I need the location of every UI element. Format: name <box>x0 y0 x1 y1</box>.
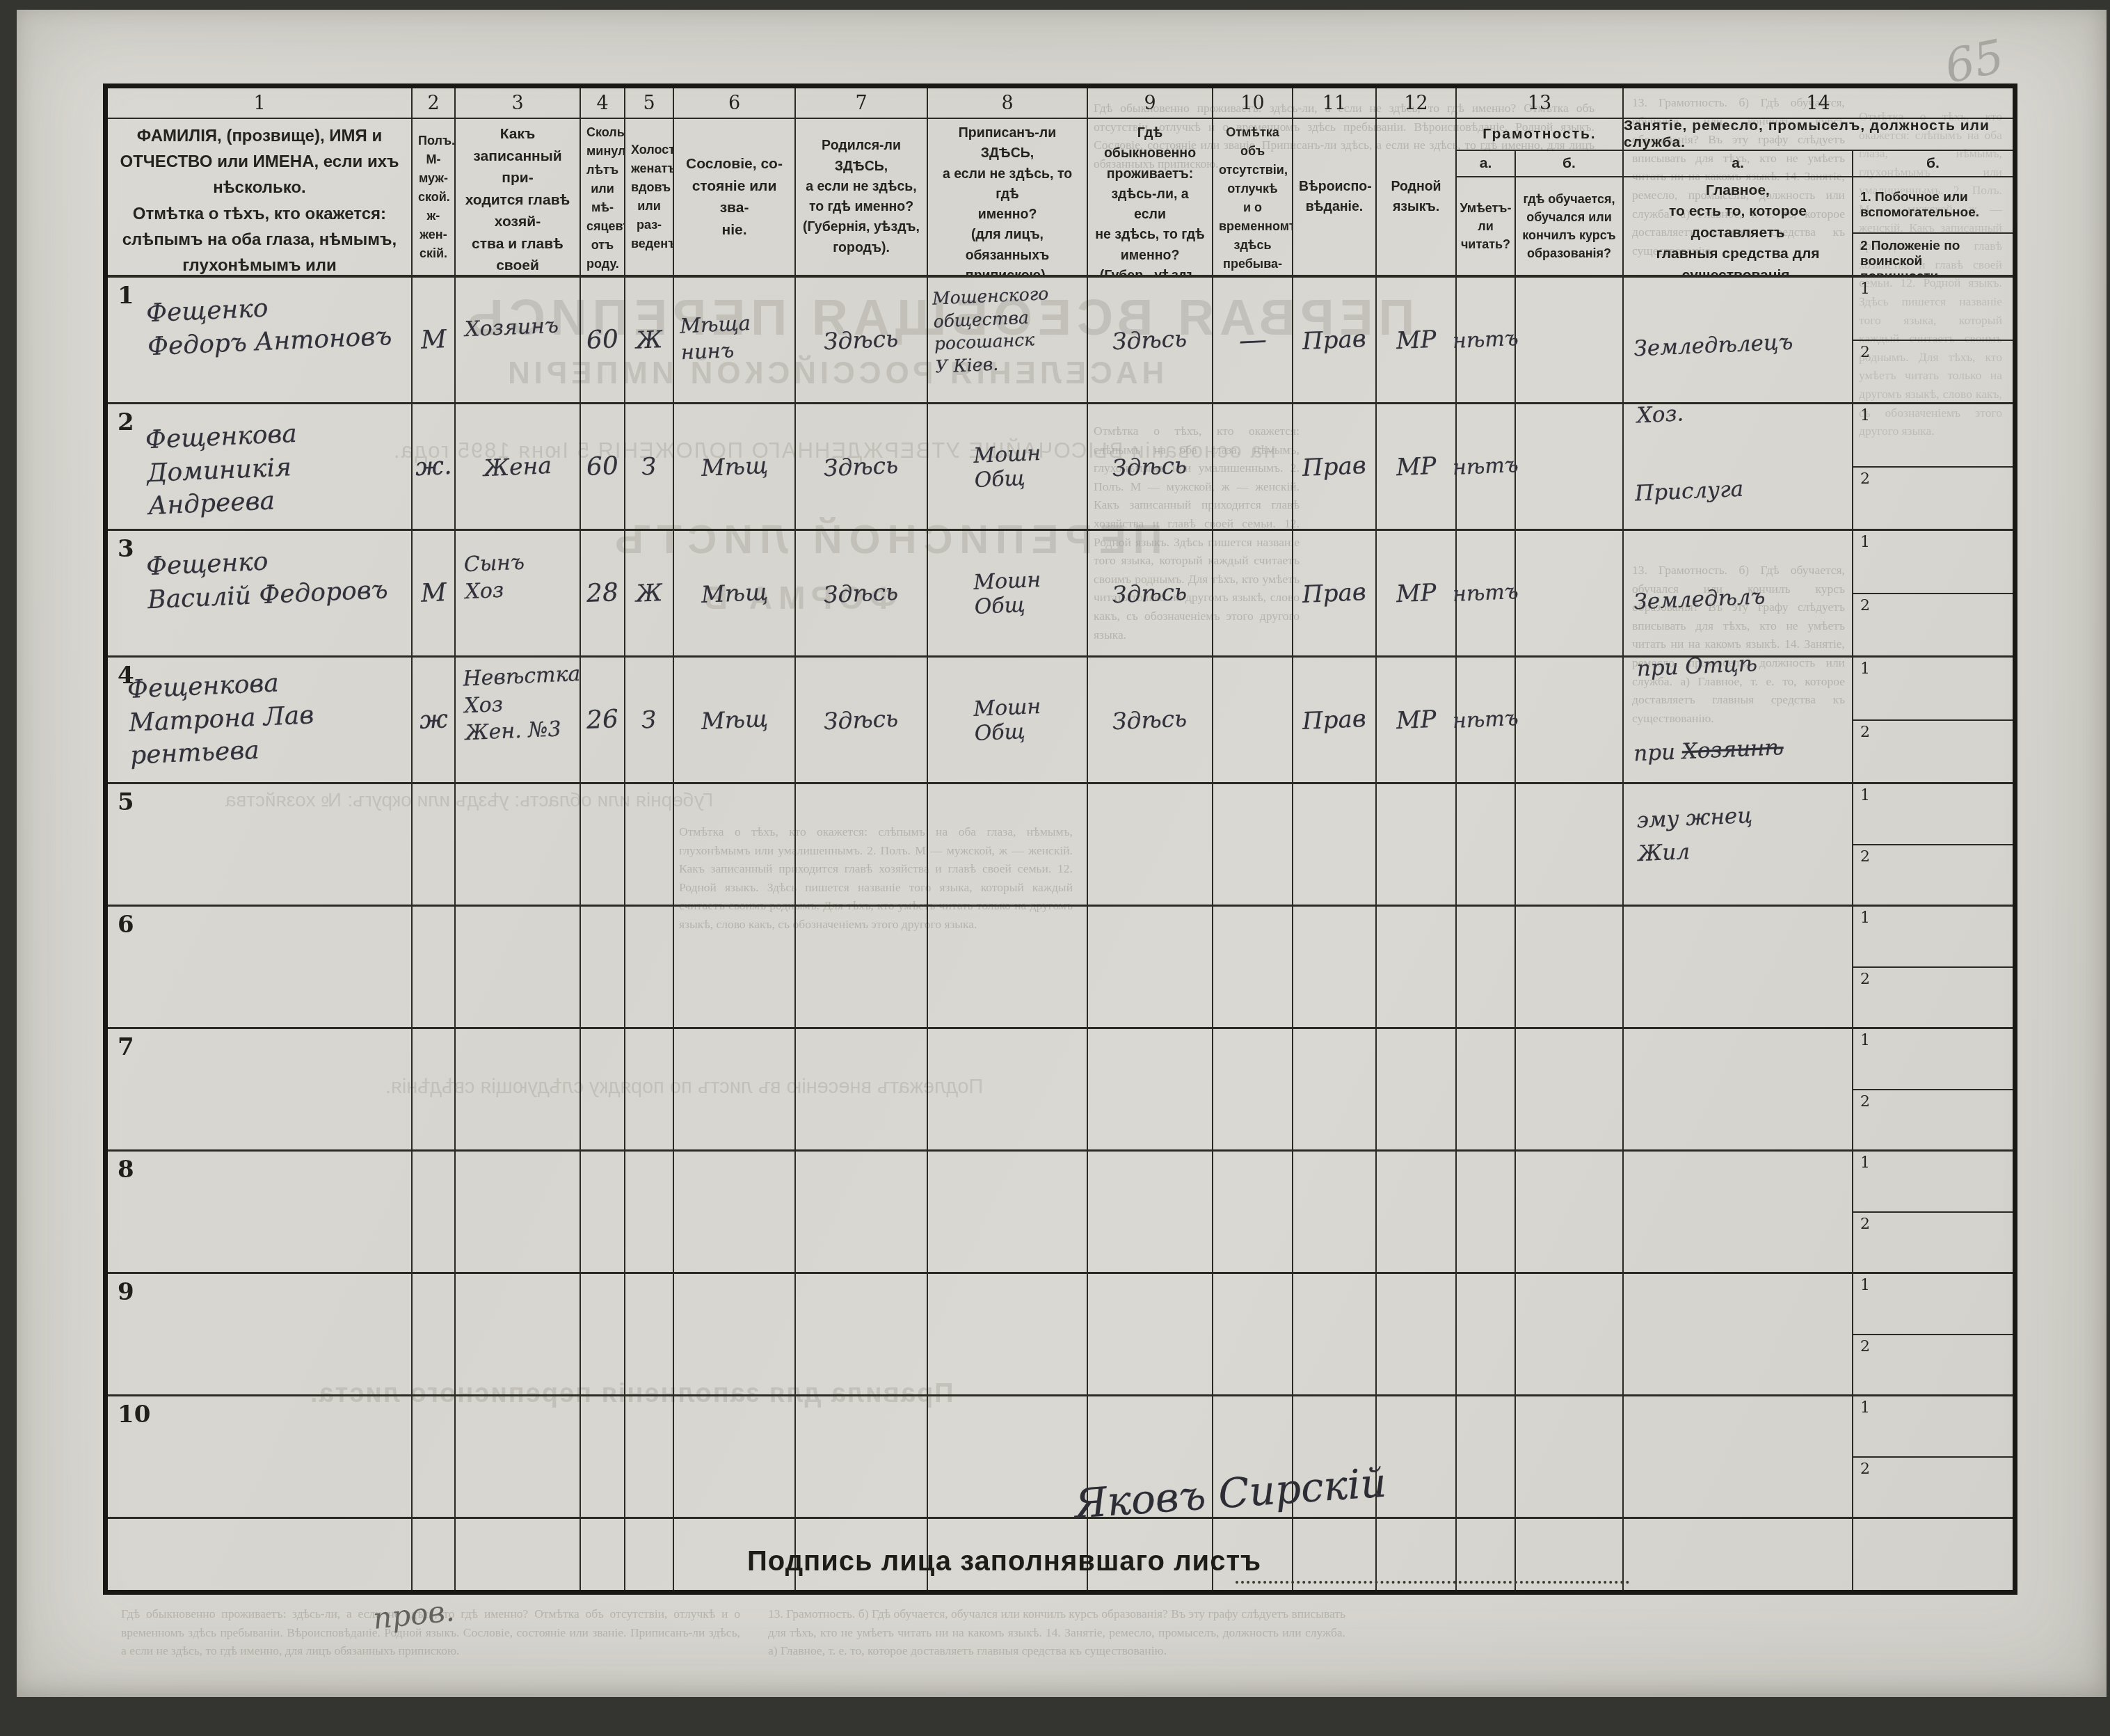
row-number: 10 <box>118 1401 150 1428</box>
r4-age: 26 <box>586 705 619 735</box>
sub-number-2: 2 <box>1860 470 1870 488</box>
r2-born-cell: Здѣсь <box>796 404 928 531</box>
r6-cell <box>1516 907 1624 1029</box>
col-number: 10 <box>1213 88 1292 119</box>
r5-cell <box>1516 784 1624 907</box>
r3-resides-cell: Здѣсь <box>1088 531 1213 658</box>
r3-side-cell: 1 2 <box>1853 531 2013 658</box>
r9-cell <box>1213 1274 1293 1396</box>
r5-cell <box>1624 784 1853 907</box>
r2-ascribed: Мошн Общ <box>973 440 1042 492</box>
r2-resides-cell: Здѣсь <box>1088 404 1213 531</box>
label-a: а. <box>1624 151 1852 177</box>
sub-number-1: 1 <box>1860 909 1870 927</box>
r4-religion-cell: Прав <box>1293 658 1377 784</box>
header-col-relation: 3 Какъ записанный при- ходится главѣ хоз… <box>456 88 581 278</box>
r4-religion: Прав <box>1302 705 1366 735</box>
r1-language-cell: МР <box>1377 278 1457 404</box>
header-col-birthplace: 7 Родился-ли ЗДѢСЬ, а если не здѣсь, то … <box>796 88 928 278</box>
r1-education-cell <box>1516 278 1624 404</box>
r9-cell <box>1624 1274 1853 1396</box>
footer-cell <box>456 1519 581 1590</box>
header-col-residence: 9 Гдѣ обыкновенно проживаетъ: здѣсь-ли, … <box>1088 88 1213 278</box>
r4-ascribed: Мошн Общ <box>973 694 1042 745</box>
col-number: 12 <box>1377 88 1455 119</box>
col-caption: Гдѣ обыкновенно проживаетъ: здѣсь-ли, а … <box>1088 119 1212 278</box>
r8-cell <box>674 1152 796 1274</box>
col-number: 9 <box>1088 88 1212 119</box>
footer-cell <box>108 1519 413 1590</box>
r7-cell <box>1088 1029 1213 1152</box>
r2-language: МР <box>1396 452 1437 481</box>
r9-cell <box>456 1274 581 1396</box>
header-col-name: 1 ФАМИЛІЯ, (прозвище), ИМЯ и ОТЧЕСТВО ил… <box>108 88 413 278</box>
r4-absence-cell <box>1213 658 1293 784</box>
sub-number-2: 2 <box>1860 344 1870 361</box>
r2-absence-cell <box>1213 404 1293 531</box>
r2-marital: З <box>641 452 657 481</box>
r3-estate-cell: Мѣщ <box>674 531 796 658</box>
r2-language-cell: МР <box>1377 404 1457 531</box>
r2-age-cell: 60 <box>581 404 625 531</box>
r9-cell <box>1377 1274 1457 1396</box>
r4-language-cell: МР <box>1377 658 1457 784</box>
r2-literacy: нѣтъ <box>1452 453 1519 480</box>
r10-name-cell: 10 <box>108 1396 413 1519</box>
col-caption: Отмѣтка объ отсутствіи, отлучкѣ и о врем… <box>1213 119 1292 278</box>
r3-marital: Ж <box>635 579 663 608</box>
r2-age: 60 <box>586 452 619 481</box>
sub-number-2: 2 <box>1860 971 1870 988</box>
row-number: 8 <box>118 1156 134 1184</box>
r2-religion: Прав <box>1302 452 1366 482</box>
r3-born: Здѣсь <box>824 578 900 609</box>
r1-marital-cell: Ж <box>625 278 674 404</box>
census-table: 1 ФАМИЛІЯ, (прозвище), ИМЯ и ОТЧЕСТВО ил… <box>103 83 2017 1595</box>
footer-cell <box>1853 1519 2013 1590</box>
r10-cell <box>625 1396 674 1519</box>
occupation-b-item2: 2 Положеніе по воинской повинности. <box>1853 234 2013 278</box>
r4-education-cell <box>1516 658 1624 784</box>
r4-born-cell: Здѣсь <box>796 658 928 784</box>
r6-cell <box>1457 907 1516 1029</box>
r4-born: Здѣсь <box>824 705 900 735</box>
header-col-occupation-group: 14 Занятіе, ремесло, промыселъ, должност… <box>1624 88 2013 278</box>
signature-dotted-line <box>1236 1547 1629 1584</box>
r5-cell <box>1293 784 1377 907</box>
r5-cell <box>674 784 796 907</box>
r4-occupation-struck: Хозяинѣ <box>1681 735 1784 764</box>
r4-literacy: нѣтъ <box>1452 706 1519 733</box>
footer-cell <box>1624 1519 1853 1590</box>
r6-name-cell: 6 <box>108 907 413 1029</box>
col-number: 11 <box>1293 88 1375 119</box>
r3-occupation-cell: Земледѣлъ при Отцѣ <box>1624 531 1853 658</box>
r4-occupation-cell: при Хозяинѣ эму жнец Жил <box>1624 658 1853 784</box>
sub-number-2: 2 <box>1860 1216 1870 1233</box>
col-caption: Сословіе, со- стояніе или зва- ніе. <box>674 119 794 275</box>
r5-cell <box>1213 784 1293 907</box>
sub-number-2: 2 <box>1860 848 1870 866</box>
col-number: 3 <box>456 88 580 119</box>
r5-cell <box>581 784 625 907</box>
r7-name-cell: 7 <box>108 1029 413 1152</box>
r8-cell <box>1516 1152 1624 1274</box>
r4-occupation-prefix: при <box>1633 740 1683 767</box>
r3-literacy: нѣтъ <box>1452 580 1519 607</box>
sub-number-2: 2 <box>1860 1338 1870 1355</box>
r4-sex-cell: ж <box>413 658 456 784</box>
r2-marital-cell: З <box>625 404 674 531</box>
r1-sex: М <box>420 325 447 355</box>
r4-name-cell: 4 Фещенкова Матрона Лав рентьева <box>108 658 413 784</box>
literacy-title: Грамотность. <box>1457 119 1622 151</box>
r6-cell <box>796 907 928 1029</box>
r5-cell <box>1088 784 1213 907</box>
r2-resides: Здѣсь <box>1112 452 1188 482</box>
r5-cell <box>796 784 928 907</box>
r1-resides-cell: Здѣсь <box>1088 278 1213 404</box>
r1-resides: Здѣсь <box>1112 325 1188 356</box>
r4-literacy-cell: нѣтъ <box>1457 658 1516 784</box>
r7-cell <box>456 1029 581 1152</box>
r9-cell <box>625 1274 674 1396</box>
r8-cell <box>1624 1152 1853 1274</box>
col-caption: ФАМИЛІЯ, (прозвище), ИМЯ и ОТЧЕСТВО или … <box>108 119 411 278</box>
r2-sex-cell: ж. <box>413 404 456 531</box>
r4-relation: Невѣстка Хоз Жен. №3 <box>454 655 581 747</box>
r3-sex-cell: М <box>413 531 456 658</box>
r6-cell <box>1293 907 1377 1029</box>
r8-cell <box>1377 1152 1457 1274</box>
r8-cell <box>456 1152 581 1274</box>
r1-literacy-cell: нѣтъ <box>1457 278 1516 404</box>
r3-resides: Здѣсь <box>1112 578 1188 609</box>
r1-relation-cell: Хозяинъ <box>456 278 581 404</box>
header-col-estate: 6 Сословіе, со- стояніе или зва- ніе. <box>674 88 796 278</box>
r1-side-cell: 1 2 <box>1853 278 2013 404</box>
header-col-religion: 11 Вѣроиспо- вѣданіе. <box>1293 88 1377 278</box>
r7-cell <box>1293 1029 1377 1152</box>
header-col-marital: 5 Холостъ, женатъ, вдовъ или раз- веденъ… <box>625 88 674 278</box>
literacy-b-caption: гдѣ обучается, обучался или кончилъ курс… <box>1516 177 1622 275</box>
occupation-b-item1: 1. Побочное или вспомогательное. <box>1853 177 2013 234</box>
col-number: 1 <box>108 88 411 119</box>
sub-number-2: 2 <box>1860 1093 1870 1110</box>
r10-cell <box>928 1396 1088 1519</box>
col-number: 13 <box>1457 88 1622 119</box>
col-number: 8 <box>928 88 1087 119</box>
r2-born: Здѣсь <box>824 452 900 482</box>
r3-literacy-cell: нѣтъ <box>1457 531 1516 658</box>
r2-estate-cell: Мѣщ <box>674 404 796 531</box>
label-b: б. <box>1853 151 2013 177</box>
r3-sex: М <box>420 578 447 608</box>
col-caption: Родился-ли ЗДѢСЬ, а если не здѣсь, то гд… <box>796 119 927 275</box>
col-caption: Какъ записанный при- ходится главѣ хозяй… <box>456 119 580 278</box>
r7-cell <box>413 1029 456 1152</box>
r3-ascribed: Мошн Общ <box>973 567 1042 619</box>
r5-cell <box>456 784 581 907</box>
sub-number-2: 2 <box>1860 724 1870 741</box>
sub-number-1: 1 <box>1860 660 1870 678</box>
r1-estate: Мѣща нинъ <box>672 275 796 366</box>
r4-resides-cell: Здѣсь <box>1088 658 1213 784</box>
r8-cell <box>581 1152 625 1274</box>
r3-name: Фещенко Василій Федоровъ <box>145 539 413 617</box>
r9-cell <box>1293 1274 1377 1396</box>
r1-sex-cell: М <box>413 278 456 404</box>
header-col-language: 12 Родной языкъ. <box>1377 88 1457 278</box>
occupation-a-caption: Главное, то есть то, которое доставляетъ… <box>1624 177 1852 278</box>
r9-cell <box>581 1274 625 1396</box>
r10-cell <box>1624 1396 1853 1519</box>
r3-absence-cell <box>1213 531 1293 658</box>
sub-number-1: 1 <box>1860 1277 1870 1294</box>
row-number: 5 <box>118 788 134 816</box>
pencil-check-note: пров. <box>371 1593 456 1636</box>
r4-age-cell: 26 <box>581 658 625 784</box>
occupation-title: Занятіе, ремесло, промыселъ, должность и… <box>1624 119 2013 151</box>
r3-relation: Сынъ Хоз <box>454 528 581 606</box>
r4-estate-cell: Мѣщ <box>674 658 796 784</box>
r2-occupation-line1: Прислуга <box>1634 468 1853 511</box>
r9-cell <box>928 1274 1088 1396</box>
r1-marital: Ж <box>635 326 663 355</box>
col-caption: Сколько минуло лѣтъ или мѣ- сяцевъ отъ р… <box>581 119 624 278</box>
r4-resides: Здѣсь <box>1112 705 1188 735</box>
r2-name: Фещенкова Доминикія Андреева <box>145 413 413 523</box>
r7-cell <box>928 1029 1088 1152</box>
r8-cell <box>1457 1152 1516 1274</box>
r3-estate: Мѣщ <box>701 578 769 608</box>
r10-cell <box>1516 1396 1624 1519</box>
col-caption: Полъ. М-муж- ской. ж-жен- скій. <box>413 119 454 275</box>
r8-side-cell: 12 <box>1853 1152 2013 1274</box>
r10-cell <box>1457 1396 1516 1519</box>
r3-education-cell <box>1516 531 1624 658</box>
r9-cell <box>1516 1274 1624 1396</box>
r8-cell <box>928 1152 1088 1274</box>
r6-cell <box>1624 907 1853 1029</box>
r1-name: Фещенко Федоръ Антоновъ <box>145 286 413 364</box>
r9-cell <box>674 1274 796 1396</box>
r2-name-cell: 2 Фещенкова Доминикія Андреева <box>108 404 413 531</box>
r2-religion-cell: Прав <box>1293 404 1377 531</box>
r4-marital: З <box>641 706 657 734</box>
r6-cell <box>413 907 456 1029</box>
footer-cell <box>581 1519 625 1590</box>
label-b: б. <box>1516 151 1622 177</box>
r2-side-cell: 1 2 <box>1853 404 2013 531</box>
r10-side-cell: 12 <box>1853 1396 2013 1519</box>
r4-estate: Мѣщ <box>701 705 769 735</box>
literacy-a: а. Умѣетъ- ли читать? <box>1457 151 1516 275</box>
paper-sheet: ПЕРВАЯ ВСЕОБЩАЯ ПЕРЕПИСЬ НАСЕЛЕНІЯ РОССІ… <box>17 10 2107 1697</box>
label-a: а. <box>1457 151 1514 177</box>
r6-cell <box>928 907 1088 1029</box>
r9-cell <box>1457 1274 1516 1396</box>
r3-name-cell: 3 Фещенко Василій Федоровъ <box>108 531 413 658</box>
r3-language: МР <box>1396 578 1437 607</box>
r5-name-cell: 5 <box>108 784 413 907</box>
r1-age-cell: 60 <box>581 278 625 404</box>
r1-age: 60 <box>586 325 619 355</box>
r3-born-cell: Здѣсь <box>796 531 928 658</box>
literacy-a-caption: Умѣетъ- ли читать? <box>1457 177 1514 275</box>
r4-marital-cell: З <box>625 658 674 784</box>
r5-cell <box>928 784 1088 907</box>
r3-language-cell: МР <box>1377 531 1457 658</box>
r9-cell <box>796 1274 928 1396</box>
r6-cell <box>1377 907 1457 1029</box>
col-number: 2 <box>413 88 454 119</box>
r5-cell <box>1377 784 1457 907</box>
row-number: 2 <box>118 408 134 436</box>
r1-religion: Прав <box>1302 325 1366 356</box>
row-number: 9 <box>118 1278 134 1306</box>
sub-number-2: 2 <box>1860 1460 1870 1478</box>
r3-age: 28 <box>586 578 619 608</box>
r4-ascribed-cell: Мошн Общ <box>928 658 1088 784</box>
col-number: 5 <box>625 88 673 119</box>
r6-cell <box>1088 907 1213 1029</box>
census-scan-page: ПЕРВАЯ ВСЕОБЩАЯ ПЕРЕПИСЬ НАСЕЛЕНІЯ РОССІ… <box>0 0 2110 1736</box>
r9-name-cell: 9 <box>108 1274 413 1396</box>
col-caption: Приписанъ-ли ЗДѢСЬ, а если не здѣсь, то … <box>928 119 1087 278</box>
header-col-literacy-group: 13 Грамотность. а. Умѣетъ- ли читать? б.… <box>1457 88 1624 278</box>
r4-side-cell: 1 2 <box>1853 658 2013 784</box>
r1-occupation-line1: Земледѣлецъ <box>1633 323 1852 366</box>
col-caption: Родной языкъ. <box>1377 119 1455 275</box>
r5-cell <box>625 784 674 907</box>
r4-language: МР <box>1396 705 1437 734</box>
r7-cell <box>796 1029 928 1152</box>
col-caption: Вѣроиспо- вѣданіе. <box>1293 119 1375 275</box>
r9-cell <box>1088 1274 1213 1396</box>
r1-occupation-cell: Земледѣлецъ Хоз. <box>1624 278 1853 404</box>
header-col-sex: 2 Полъ. М-муж- ской. ж-жен- скій. <box>413 88 456 278</box>
sub-number-1: 1 <box>1860 1154 1870 1172</box>
r1-literacy: нѣтъ <box>1452 326 1519 353</box>
r1-religion-cell: Прав <box>1293 278 1377 404</box>
r8-name-cell: 8 <box>108 1152 413 1274</box>
r8-cell <box>1088 1152 1213 1274</box>
r8-cell <box>1213 1152 1293 1274</box>
row-number: 4 <box>118 662 134 690</box>
r6-side-cell: 12 <box>1853 907 2013 1029</box>
r7-cell <box>1457 1029 1516 1152</box>
r3-ascribed-cell: Мошн Общ <box>928 531 1088 658</box>
col-number: 7 <box>796 88 927 119</box>
sub-number-1: 1 <box>1860 534 1870 551</box>
r5-side-cell: 12 <box>1853 784 2013 907</box>
bleed-paragraph: 13. Грамотность. б) Гдѣ обучается, обуча… <box>768 1604 1345 1688</box>
sub-number-1: 1 <box>1860 787 1870 804</box>
r10-cell <box>796 1396 928 1519</box>
r8-cell <box>1293 1152 1377 1274</box>
r6-cell <box>1213 907 1293 1029</box>
occupation-a: а. Главное, то есть то, которое доставля… <box>1624 151 1853 278</box>
header-col-ascription: 8 Приписанъ-ли ЗДѢСЬ, а если не здѣсь, т… <box>928 88 1088 278</box>
r1-estate-cell: Мѣща нинъ <box>674 278 796 404</box>
r2-estate: Мѣщ <box>701 452 769 481</box>
r1-born-cell: Здѣсь <box>796 278 928 404</box>
r2-occupation-cell: Прислуга <box>1624 404 1853 531</box>
r2-relation: Жена <box>483 452 552 481</box>
r7-cell <box>1624 1029 1853 1152</box>
r10-cell <box>456 1396 581 1519</box>
signature-label: Подпись лица заполнявшаго листъ <box>747 1546 1261 1577</box>
col-number: 6 <box>674 88 794 119</box>
r6-cell <box>674 907 796 1029</box>
r6-cell <box>581 907 625 1029</box>
r2-relation-cell: Жена <box>456 404 581 531</box>
r4-relation-cell: Невѣстка Хоз Жен. №3 <box>456 658 581 784</box>
r4-sex: ж <box>419 705 449 735</box>
r8-cell <box>796 1152 928 1274</box>
r1-absence: — <box>1238 324 1268 357</box>
r9-cell <box>413 1274 456 1396</box>
row-number: 3 <box>118 535 134 563</box>
r3-relation-cell: Сынъ Хоз <box>456 531 581 658</box>
r1-born: Здѣсь <box>824 325 900 356</box>
r1-ascribed: Мошенского общества росошанск У Кіев. <box>926 274 1089 379</box>
r10-cell <box>1377 1396 1457 1519</box>
footer-cell <box>625 1519 674 1590</box>
r3-age-cell: 28 <box>581 531 625 658</box>
r1-relation: Хозяинъ <box>454 275 581 344</box>
sub-number-2: 2 <box>1860 597 1870 614</box>
r1-name-cell: 1 Фещенко Федоръ Антоновъ <box>108 278 413 404</box>
r10-cell <box>413 1396 456 1519</box>
r7-cell <box>1516 1029 1624 1152</box>
literacy-b: б. гдѣ обучается, обучался или кончилъ к… <box>1516 151 1622 275</box>
r7-cell <box>674 1029 796 1152</box>
r6-cell <box>456 907 581 1029</box>
r9-side-cell: 12 <box>1853 1274 2013 1396</box>
r8-cell <box>413 1152 456 1274</box>
r7-cell <box>1213 1029 1293 1152</box>
sub-number-1: 1 <box>1860 280 1870 298</box>
r4-name: Фещенкова Матрона Лав рентьева <box>127 661 413 772</box>
r5-cell <box>1457 784 1516 907</box>
r7-cell <box>581 1029 625 1152</box>
r1-language: МР <box>1396 325 1437 354</box>
r6-cell <box>625 907 674 1029</box>
col-number: 4 <box>581 88 624 119</box>
r1-absence-cell: — <box>1213 278 1293 404</box>
header-col-age: 4 Сколько минуло лѣтъ или мѣ- сяцевъ отъ… <box>581 88 625 278</box>
footer-cell <box>413 1519 456 1590</box>
r2-sex: ж. <box>415 452 452 481</box>
r8-cell <box>625 1152 674 1274</box>
r7-cell <box>625 1029 674 1152</box>
r2-literacy-cell: нѣтъ <box>1457 404 1516 531</box>
row-number: 1 <box>118 282 134 310</box>
sub-number-1: 1 <box>1860 407 1870 424</box>
r10-cell <box>674 1396 796 1519</box>
r2-education-cell <box>1516 404 1624 531</box>
r7-side-cell: 12 <box>1853 1029 2013 1152</box>
r2-ascribed-cell: Мошн Общ <box>928 404 1088 531</box>
r1-ascribed-cell: Мошенского общества росошанск У Кіев. <box>928 278 1088 404</box>
r7-cell <box>1377 1029 1457 1152</box>
row-number: 7 <box>118 1033 134 1061</box>
col-caption: Холостъ, женатъ, вдовъ или раз- веденъ. <box>625 119 673 275</box>
r10-cell <box>581 1396 625 1519</box>
r3-religion-cell: Прав <box>1293 531 1377 658</box>
